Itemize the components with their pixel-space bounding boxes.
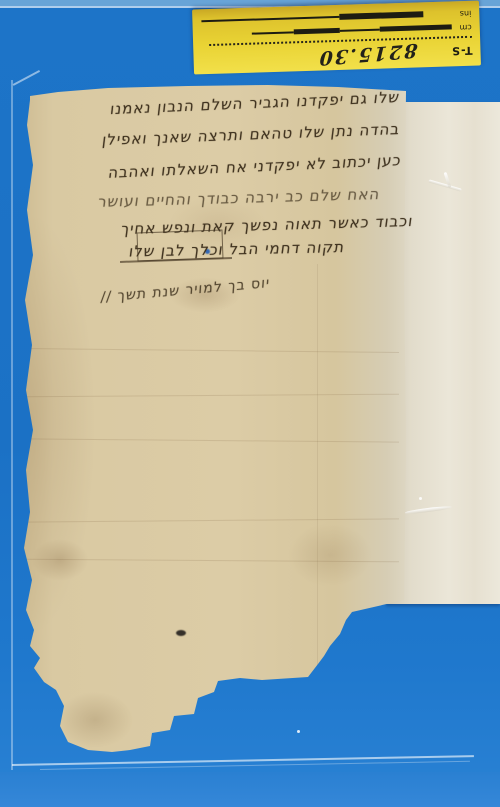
collection-series-label: T-S [451,44,473,58]
scale-gap [423,13,451,15]
sleeve-bottom-edge-line [12,755,474,765]
scale-ruler: T-S 8215.30 cm ins [192,1,481,75]
fold-crease [24,559,399,563]
fold-crease [24,394,399,398]
scale-ruler-face: T-S 8215.30 cm ins [200,3,473,72]
signature-flourish-box [137,230,224,262]
sleeve-left-edge-line [11,80,13,770]
scale-bar [252,32,294,35]
fold-crease [24,348,399,353]
ink-blot [176,630,186,636]
scale-bar [380,25,452,32]
classmark-handwritten: 8215.30 [317,39,418,70]
fold-crease [24,518,399,522]
sleeve-corner-highlight [13,70,40,85]
fold-crease [24,438,399,442]
ins-unit-label: ins [451,9,471,18]
genizah-fragment-photo: שלו גם יפקדנו הגביר השלם הנבון נאמנו בהד… [0,0,500,807]
dust-speck [297,730,300,733]
cm-unit-label: cm [452,23,472,32]
dust-speck [419,497,422,500]
scale-bar [340,29,380,32]
scale-bar [339,11,423,20]
scale-bar [294,28,340,34]
scale-bar [201,16,339,22]
background-bottom-band [0,772,500,807]
fold-crease-vertical [317,264,318,684]
